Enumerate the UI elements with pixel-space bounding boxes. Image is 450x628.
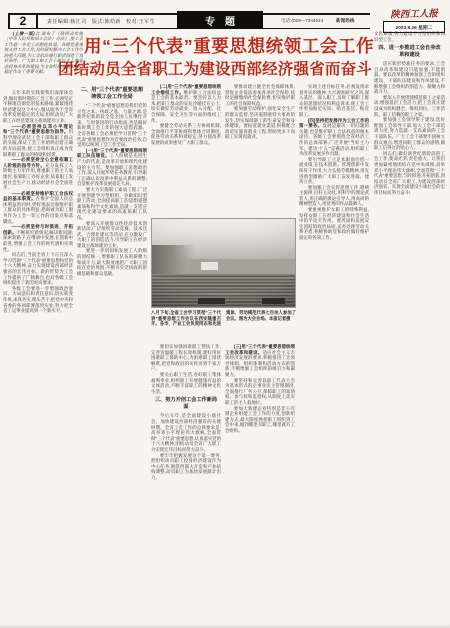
- body-paragraph: 各级工会要进一步增强政治意识、大局意识和责任意识,切实转变作风,求真务实,埋头苦…: [3, 286, 73, 314]
- headline-line1: 用“三个代表”重要思想统领工会工作: [84, 33, 374, 58]
- continuation-block: (上接一版)会,颁布了《陕西省实施〈中华人民共和国工会法〉办法》,使工会工作进一…: [4, 31, 83, 88]
- headline-line2: 团结动员全省职工为建设西部经济强省而奋斗: [58, 57, 372, 79]
- text-column-5: 实现上述目标任务,必须发扬求真务实的精神,大兴调查研究之风,深入基层、深入职工,…: [299, 84, 369, 622]
- body-paragraph: 要牢牢把握发展这个第一要务,把组织动员职工投身经济建设作为中心任务,围绕西部大开…: [151, 453, 221, 481]
- text-column-4-upper: 要推动建立健全社会保障体系,督促企业依法参加各项社会保险,按时足额缴纳社会保险费…: [225, 84, 295, 215]
- body-paragraph: 要加强劳动保护,强化安全生产的群众监督,坚决遏制重特大事故的发生,切实保障职工的…: [225, 106, 295, 140]
- body-paragraph: ——必须坚持全心全意依靠工人阶级的指导方针。充分发挥工人阶级主力军作用,尊重职工…: [3, 157, 73, 191]
- column-3-lower-before: 要切实加强困难职工帮扶工作,完善送温暖工程长效机制,建好用好困难职工援助中心,为…: [151, 344, 221, 394]
- column-6-carryover-line: 文化素质,努力建设学习型组织和知识型工会。: [374, 31, 445, 42]
- body-paragraph: 要加大新建企业特别是非公有制企业组建工会工作的力度,创新组建方式,最大限度地把职…: [225, 406, 295, 434]
- conference-hall-photo: [151, 218, 296, 308]
- body-paragraph: 要重视维护女职工的特殊利益,发挥女职工在经济建设和社会生活中的半边天作用。要巩固…: [299, 207, 369, 241]
- body-paragraph: 要进一步巩固和发展工人阶级的团结统一,增强职工队伍的凝聚力和战斗力,最大限度地把…: [77, 248, 147, 276]
- body-paragraph: (三)用“三个代表”重要思想统领工会改革和建设。适应社会主义市场经济发展的要求,…: [225, 344, 295, 378]
- body-paragraph: 要深入开展创建模范职工之家活动,增强基层工会活力,把工会真正建设成为组织健全、维…: [374, 95, 445, 117]
- body-paragraph: (四)坚持把发展作为工会工作的第一要务。发展是解决一切问题的关键,也是维护职工合…: [299, 118, 369, 157]
- photo-caption: 八月下旬,全省工会学习贯彻“三个代表”重要思想工作会议在西安隆重召开。各市、产业…: [151, 310, 296, 342]
- body-paragraph: 要切实加强困难职工帮扶工作,完善送温暖工程长效机制,建好用好困难职工援助中心,为…: [151, 344, 221, 372]
- text-column-3-upper: (二)用“三个代表”重要思想统领工会维权工作。维护职工合法权益是工会的基本职责。…: [151, 84, 221, 215]
- staff-credits: 责任编辑:杨江司 版式:陈幼新 校对:王军生: [47, 18, 155, 25]
- body-paragraph: 要大力实施职工素质工程,广泛开展创建学习型组织、争做知识型职工活动,全面提高职工…: [77, 187, 147, 221]
- newspaper-title: 陕西工人报: [383, 5, 445, 21]
- text-column-3-lower: 要切实加强困难职工帮扶工作,完善送温暖工程长效机制,建好用好困难职工援助中心,为…: [151, 344, 221, 622]
- photo-dark-doorway-left: [198, 298, 225, 304]
- text-column-1: 五年来的实践使我们深深体会到,做好新时期的工会工作,必须坚定不移地贯彻党的基本路…: [3, 90, 73, 622]
- masthead: 陕西工人报 2003.8.26 星期二: [383, 6, 445, 33]
- section-heading-2: 二、用“三个代表”重要思想统领工会工作全局: [80, 87, 144, 101]
- phone-number: 电话:(029—7344614: [281, 18, 323, 24]
- body-paragraph: 要推动建立健全社会保障体系,督促企业依法参加各项社会保险,按时足额缴纳社会保险费…: [225, 84, 295, 106]
- body-paragraph: ——必须坚持以邓小平理论和“三个代表”重要思想为指导。用科学理论武装工会干部和职…: [3, 124, 73, 158]
- newspaper-page: 2 责任编辑:杨江司 版式:陈幼新 校对:王军生 专 题 电话:(029—734…: [0, 0, 450, 628]
- body-paragraph: 实现上述目标任务,必须发扬求真务实的精神,大兴调查研究之风,深入基层、深入职工,…: [299, 84, 369, 118]
- column-2-body: “三个代表”重要思想是我们党的立党之本、执政之基、力量之源,是新世纪新阶段全党全…: [77, 103, 147, 276]
- body-paragraph: ——必须坚持维护职工合法权益的基本职责。在维护全国人民总体利益的同时,更好地表达…: [3, 191, 73, 225]
- body-paragraph: 五年来的实践使我们深深体会到,做好新时期的工会工作,必须坚定不移地贯彻党的基本路…: [3, 90, 73, 124]
- body-paragraph: 要坚持和完善以职工代表大会为基本形式的企事业民主管理制度,全面推行厂务公开,保障…: [225, 378, 295, 406]
- section-heading-3: 三、努力开创工会工作新局面: [154, 397, 218, 411]
- body-paragraph: 要加强工会领导班子建设,选好配强工会领导干部,加大工会干部培训力度,努力造就一支…: [374, 117, 445, 151]
- text-column-2: 二、用“三个代表”重要思想统领工会工作全局 “三个代表”重要思想是我们党的立党之…: [77, 84, 147, 622]
- section-banner: 专 题: [177, 11, 263, 29]
- body-paragraph: 今后五年,是全面建设小康社会、加快建设西部经济强省的关键时期。全省工会工作的总体…: [151, 413, 221, 452]
- body-paragraph: “三个代表”重要思想是我们党的立党之本、执政之基、力量之源,是新世纪新阶段全党全…: [77, 103, 147, 148]
- body-paragraph: 要健全劳动关系三方协商机制,全面推行平等协商和集体合同制度,促进劳动关系和谐稳定…: [151, 123, 221, 145]
- body-paragraph: 要深入开展群众性经济技术创新活动,广泛组织劳动竞赛、技术比武、合理化建议等活动,…: [77, 221, 147, 249]
- body-paragraph: 要加强工会宣传思想工作,唱响主旋律,打好主动仗,用科学的理论武装人,用正确的舆论…: [299, 185, 369, 207]
- photo-dark-doorway-right: [262, 298, 285, 304]
- body-paragraph: 要关心职工生活,办好职工集体福利事业,组织职工开展健康有益的文体活动,不断丰富职…: [151, 372, 221, 394]
- text-column-6: 文化素质,努力建设学习型组织和知识型工会。 四、进一步推进工会自身改革和建设 适…: [374, 31, 445, 622]
- text-column-4-lower: (三)用“三个代表”重要思想统领工会改革和建设。适应社会主义市场经济发展的要求,…: [225, 344, 295, 622]
- section-heading-4: 四、进一步推进工会自身改革和建设: [377, 45, 442, 59]
- column-6-body: 适应新形势新任务的要求,工会自身改革和建设只能加强,不能削弱。要以改革的精神加强…: [374, 61, 445, 195]
- page-number: 2: [8, 15, 38, 28]
- column-3-lower-after: 今后五年,是全面建设小康社会、加快建设西部经济强省的关键时期。全省工会工作的总体…: [151, 413, 221, 480]
- body-paragraph: 同志们,当前全省上下正在深入学习贯彻“三个代表”重要思想和党的十六大精神,奋力实…: [3, 252, 73, 286]
- hotline-label: 新闻热线: [336, 18, 354, 24]
- body-paragraph: ——必须坚持与时俱进、开拓创新。不断研究新情况,解决新问题,探索新路子,在继承中…: [3, 224, 73, 252]
- body-paragraph: (上接一版)会,颁布了《陕西省实施〈中华人民共和国工会法〉办法》,使工会工作进一…: [4, 31, 83, 75]
- body-paragraph: 适应新形势新任务的要求,工会自身改革和建设只能加强,不能削弱。要以改革的精神加强…: [374, 61, 445, 95]
- body-paragraph: 同志们,做好新世纪新阶段的工会工作,使命光荣,责任重大。让我们更加紧密地团结在党…: [374, 151, 445, 196]
- body-paragraph: 要引导职工立足本职岗位创一流业绩,在技术创新、管理创新中发挥骨干作用,大力弘扬劳…: [299, 157, 369, 185]
- body-paragraph: (一)用“三个代表”重要思想统领职工队伍建设。工人阶级是先进生产力的代表,是改革…: [77, 148, 147, 187]
- body-paragraph: (二)用“三个代表”重要思想统领工会维权工作。维护职工合法权益是工会的基本职责。…: [151, 84, 221, 123]
